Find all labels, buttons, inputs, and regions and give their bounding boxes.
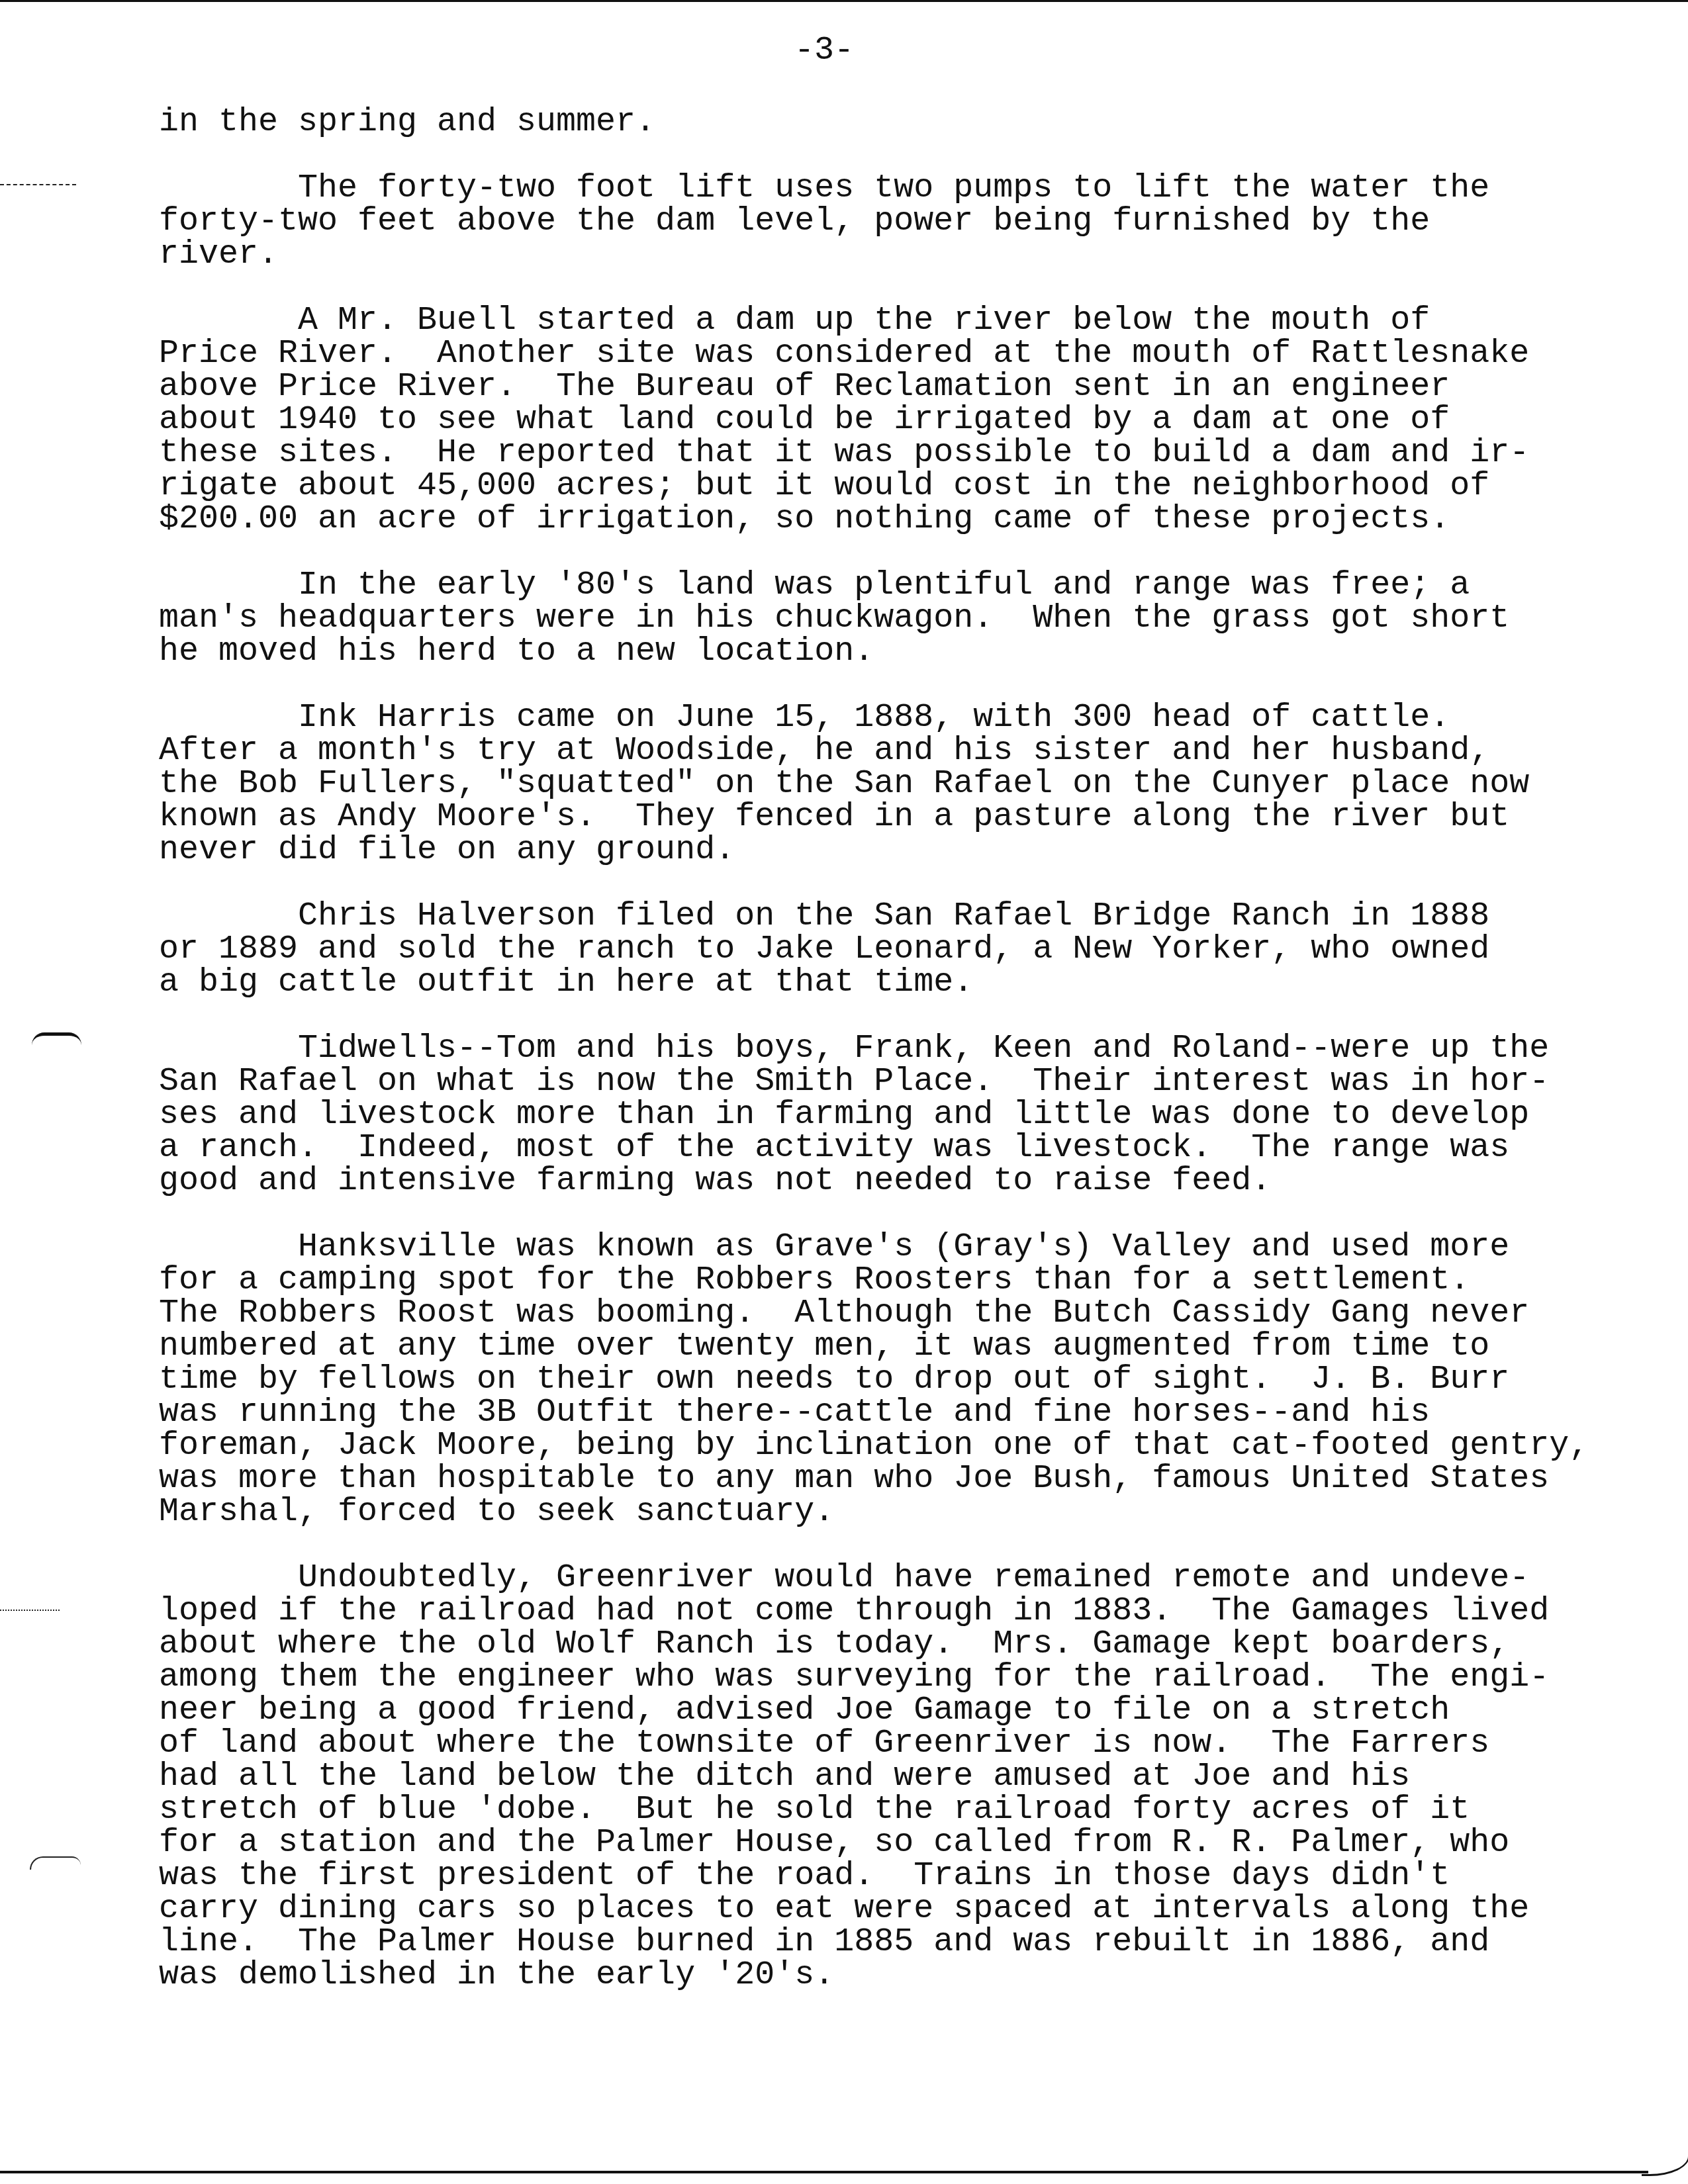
text-line: he moved his herd to a new location. [159,635,1681,668]
scan-edge-curl [1642,2154,1688,2176]
text-line: of land about where the townsite of Gree… [159,1727,1681,1760]
paragraph: in the spring and summer. [159,106,1681,139]
text-line: San Rafael on what is now the Smith Plac… [159,1066,1681,1099]
text-line: these sites. He reported that it was pos… [159,437,1681,470]
scan-edge-top [0,0,1688,2]
text-line: a big cattle outfit in here at that time… [159,966,1681,999]
text-line: among them the engineer who was surveyin… [159,1661,1681,1694]
text-line: Undoubtedly, Greenriver would have remai… [159,1562,1681,1595]
paragraph: A Mr. Buell started a dam up the river b… [159,304,1681,536]
paragraph: In the early '80's land was plentiful an… [159,569,1681,668]
document-body: in the spring and summer. The forty-two … [159,106,1681,2025]
margin-mark [0,184,76,185]
text-line: After a month's try at Woodside, he and … [159,735,1681,768]
text-line: neer being a good friend, advised Joe Ga… [159,1694,1681,1727]
paragraph: Tidwells--Tom and his boys, Frank, Keen … [159,1032,1681,1198]
text-line: Hanksville was known as Grave's (Gray's)… [159,1231,1681,1264]
paragraph: Ink Harris came on June 15, 1888, with 3… [159,702,1681,867]
text-line: rigate about 45,000 acres; but it would … [159,470,1681,503]
paragraph: The forty-two foot lift uses two pumps t… [159,172,1681,271]
paragraph: Hanksville was known as Grave's (Gray's)… [159,1231,1681,1529]
text-line: never did file on any ground. [159,834,1681,867]
text-line: stretch of blue 'dobe. But he sold the r… [159,1794,1681,1827]
text-line: for a camping spot for the Robbers Roost… [159,1264,1681,1297]
text-line: river. [159,238,1681,271]
paragraph: Undoubtedly, Greenriver would have remai… [159,1562,1681,1992]
margin-mark [32,1032,81,1045]
text-line: was more than hospitable to any man who … [159,1463,1681,1496]
text-line: was running the 3B Outfit there--cattle … [159,1396,1681,1430]
text-line: $200.00 an acre of irrigation, so nothin… [159,503,1681,536]
text-line: man's headquarters were in his chuckwago… [159,602,1681,635]
text-line: a ranch. Indeed, most of the activity wa… [159,1132,1681,1165]
text-line: was demolished in the early '20's. [159,1959,1681,1992]
text-line: The forty-two foot lift uses two pumps t… [159,172,1681,205]
text-line: the Bob Fullers, "squatted" on the San R… [159,768,1681,801]
text-line: numbered at any time over twenty men, it… [159,1330,1681,1363]
text-line: ses and livestock more than in farming a… [159,1099,1681,1132]
text-line: had all the land below the ditch and wer… [159,1760,1681,1794]
text-line: about 1940 to see what land could be irr… [159,404,1681,437]
text-line: loped if the railroad had not come throu… [159,1595,1681,1628]
text-line: Chris Halverson filed on the San Rafael … [159,900,1681,933]
margin-mark [0,1610,60,1611]
text-line: In the early '80's land was plentiful an… [159,569,1681,602]
text-line: known as Andy Moore's. They fenced in a … [159,801,1681,834]
page-number-text: -3- [794,32,854,69]
text-line: was the first president of the road. Tra… [159,1860,1681,1893]
text-line: A Mr. Buell started a dam up the river b… [159,304,1681,338]
text-line: carry dining cars so places to eat were … [159,1893,1681,1926]
text-line: good and intensive farming was not neede… [159,1165,1681,1198]
text-line: for a station and the Palmer House, so c… [159,1827,1681,1860]
text-line: above Price River. The Bureau of Reclama… [159,371,1681,404]
text-line: time by fellows on their own needs to dr… [159,1363,1681,1396]
text-line: Marshal, forced to seek sanctuary. [159,1496,1681,1529]
text-line: forty-two feet above the dam level, powe… [159,205,1681,238]
text-line: Price River. Another site was considered… [159,338,1681,371]
text-line: in the spring and summer. [159,106,1681,139]
text-line: line. The Palmer House burned in 1885 an… [159,1926,1681,1959]
text-line: Tidwells--Tom and his boys, Frank, Keen … [159,1032,1681,1066]
scan-edge-bottom [0,2171,1648,2173]
paragraph: Chris Halverson filed on the San Rafael … [159,900,1681,999]
text-line: The Robbers Roost was booming. Although … [159,1297,1681,1330]
margin-mark [30,1856,81,1870]
text-line: or 1889 and sold the ranch to Jake Leona… [159,933,1681,966]
page-number: -3- [0,34,1688,68]
text-line: foreman, Jack Moore, being by inclinatio… [159,1430,1681,1463]
text-line: Ink Harris came on June 15, 1888, with 3… [159,702,1681,735]
text-line: about where the old Wolf Ranch is today.… [159,1628,1681,1661]
